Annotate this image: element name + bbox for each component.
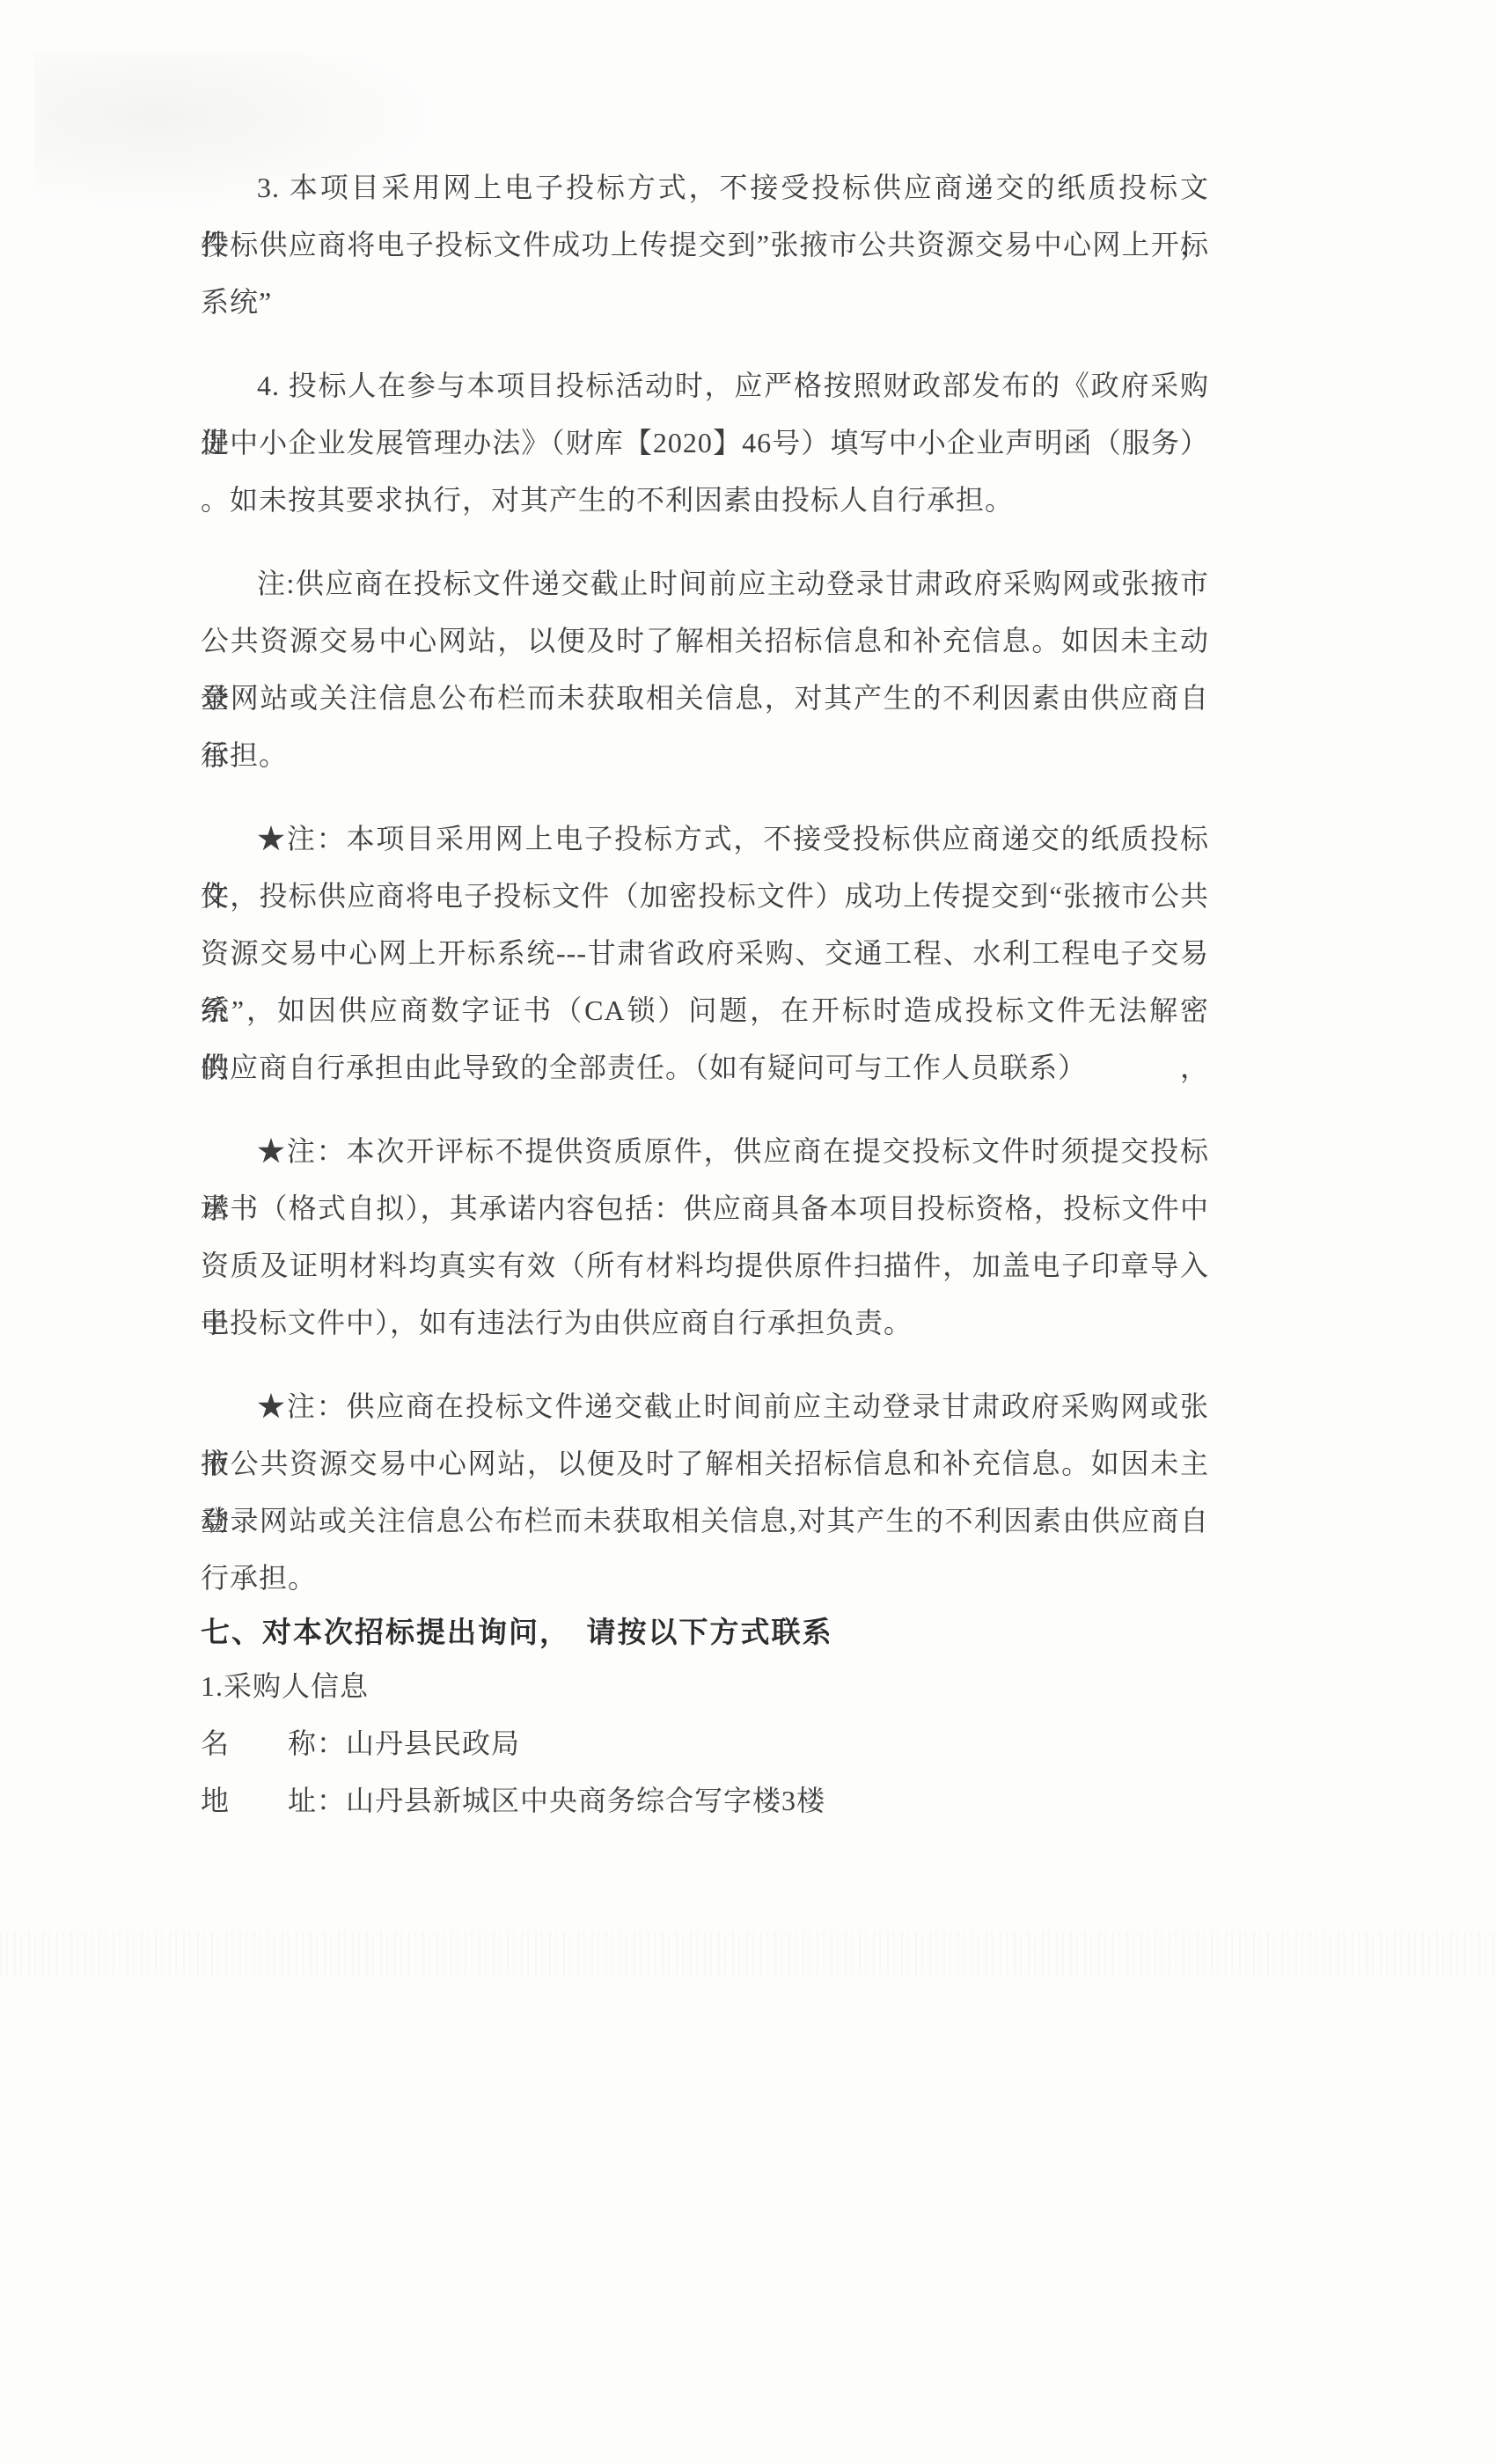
text-line: 资源交易中心网上开标系统---甘肃省政府采购、交通工程、水利工程电子交易系 [201, 925, 1209, 982]
text-line: 件，投标供应商将电子投标文件（加密投标文件）成功上传提交到“张掖市公共 [201, 868, 1209, 925]
text-line: ★注：本次开评标不提供资质原件，供应商在提交投标文件时须提交投标承 [201, 1123, 1209, 1180]
star-note-2: ★注：本次开评标不提供资质原件，供应商在提交投标文件时须提交投标承 诺书（格式自… [201, 1123, 1209, 1352]
text-line: 录网站或关注信息公布栏而未获取相关信息，对其产生的不利因素由供应商自行 [201, 670, 1209, 727]
text-line: 资质及证明材料均真实有效（所有材料均提供原件扫描件，加盖电子印章导入电 [201, 1237, 1209, 1294]
document-page: 3. 本项目采用网上电子投标方式，不接受投标供应商递交的纸质投标文件， 投标供应… [0, 0, 1496, 2464]
text-line: 4. 投标人在参与本项目投标活动时，应严格按照财政部发布的《政府采购促 [201, 357, 1209, 414]
document-body: 3. 本项目采用网上电子投标方式，不接受投标供应商递交的纸质投标文件， 投标供应… [201, 159, 1209, 1830]
text-line: 市公共资源交易中心网站，以便及时了解相关招标信息和补充信息。如因未主动 [201, 1435, 1209, 1492]
text-line: 诺书（格式自拟），其承诺内容包括：供应商具备本项目投标资格，投标文件中 [201, 1180, 1209, 1237]
text-line: 注:供应商在投标文件递交截止时间前应主动登录甘肃政府采购网或张掖市 [201, 555, 1209, 612]
text-line: 。如未按其要求执行，对其产生的不利因素由投标人自行承担。 [201, 472, 1209, 529]
paragraph-item-4: 4. 投标人在参与本项目投标活动时，应严格按照财政部发布的《政府采购促 进中小企… [201, 357, 1209, 529]
text-line: 3. 本项目采用网上电子投标方式，不接受投标供应商递交的纸质投标文件， [201, 159, 1209, 216]
text-line: 登录网站或关注信息公布栏而未获取相关信息,对其产生的不利因素由供应商自 [201, 1492, 1209, 1550]
paragraph-item-3: 3. 本项目采用网上电子投标方式，不接受投标供应商递交的纸质投标文件， 投标供应… [201, 159, 1209, 331]
text-line: ★注：供应商在投标文件递交截止时间前应主动登录甘肃政府采购网或张掖 [201, 1378, 1209, 1435]
purchaser-name-line: 名 称：山丹县民政局 [201, 1715, 1209, 1772]
text-line: 行承担。 [201, 1550, 1209, 1607]
text-line: 承担。 [201, 727, 1209, 784]
star-note-1: ★注：本项目采用网上电子投标方式，不接受投标供应商递交的纸质投标文 件，投标供应… [201, 810, 1209, 1096]
text-line: 子投标文件中），如有违法行为由供应商自行承担负责。 [201, 1294, 1209, 1352]
note-paragraph: 注:供应商在投标文件递交截止时间前应主动登录甘肃政府采购网或张掖市 公共资源交易… [201, 555, 1209, 784]
text-line: 投标供应商将电子投标文件成功上传提交到”张掖市公共资源交易中心网上开标 [201, 216, 1209, 274]
text-line: 统”，如因供应商数字证书（CA锁）问题，在开标时造成投标文件无法解密的， [201, 982, 1209, 1039]
section-7-heading: 七、对本次招标提出询问， 请按以下方式联系 [201, 1607, 1209, 1658]
purchaser-address-line: 地 址：山丹县新城区中央商务综合写字楼3楼 [201, 1772, 1209, 1830]
text-line: ★注：本项目采用网上电子投标方式，不接受投标供应商递交的纸质投标文 [201, 810, 1209, 868]
text-line: 系统” [201, 274, 1209, 331]
text-line: 进中小企业发展管理办法》（财库【2020】46号）填写中小企业声明函（服务） [201, 414, 1209, 472]
purchaser-info-label: 1.采购人信息 [201, 1658, 1209, 1715]
text-line: 供应商自行承担由此导致的全部责任。（如有疑问可与工作人员联系） [201, 1039, 1209, 1096]
star-note-3: ★注：供应商在投标文件递交截止时间前应主动登录甘肃政府采购网或张掖 市公共资源交… [201, 1378, 1209, 1607]
scan-noise-band [0, 1932, 1496, 1976]
text-line: 公共资源交易中心网站，以便及时了解相关招标信息和补充信息。如因未主动登 [201, 612, 1209, 670]
